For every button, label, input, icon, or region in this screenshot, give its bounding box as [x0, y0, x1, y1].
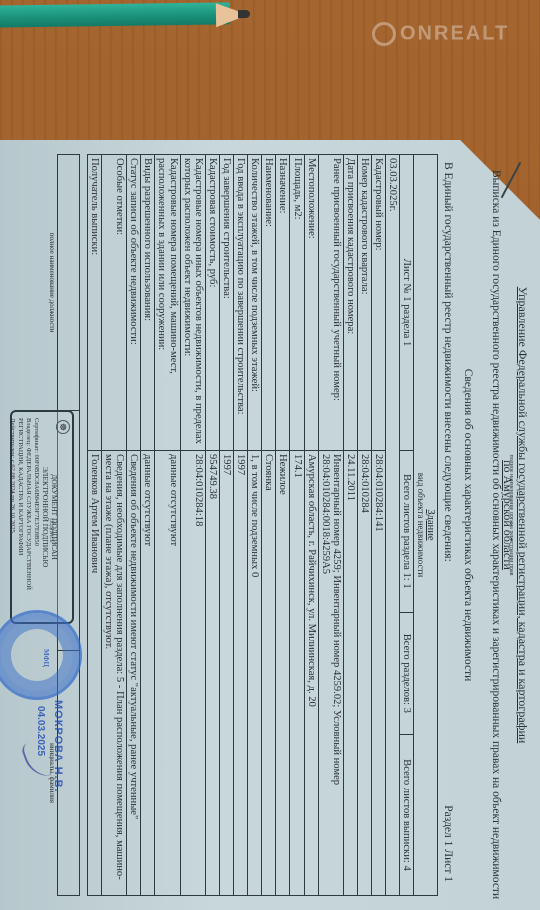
esig-certificate: Сертификат: 00F0BDC8A6B84E9F7E37E8B50: [32, 418, 40, 616]
row-label: Получатель выписки:: [87, 155, 101, 451]
table-row: Особые отметки:Сведения, необходимые для…: [101, 155, 126, 896]
row-value: 1997: [219, 451, 233, 896]
row-value: Амурская область, г. Райчихинск, ул. Мил…: [304, 451, 318, 896]
row-value: 954749.38: [205, 451, 219, 896]
row-value: Инвентарный номер 4259; Инвентарный номе…: [318, 451, 343, 896]
row-label: Год ввода в эксплуатацию по завершении с…: [234, 155, 248, 451]
table-row: Получатель выписки:Голенков Артем Иванов…: [87, 155, 101, 896]
row-label: Назначение:: [276, 155, 290, 451]
position-caption: полное наименование должности: [48, 155, 58, 411]
object-type-caption: вид объекта недвижимости: [415, 158, 424, 892]
row-label: Год завершения строительства:: [219, 155, 233, 451]
row-label: Наименование:: [262, 155, 276, 451]
table-row: Кадастровые номера помещений, машино-мес…: [155, 155, 180, 896]
document-title: Выписка из Единого государственного реес…: [490, 140, 502, 910]
sheets-in-section: Всего листов раздела 1: 1: [400, 451, 414, 613]
row-value: данные отсутствуют: [141, 451, 155, 896]
row-label: Кадастровые номера иных объектов недвижи…: [180, 155, 205, 451]
table-row: Виды разрешенного использования:данные о…: [141, 155, 155, 896]
sections-total: Всего разделов: 3: [400, 612, 414, 734]
row-value: Нежилое: [276, 451, 290, 896]
document-subtitle: Сведения об основных характеристиках объ…: [462, 140, 474, 910]
table-row: Год завершения строительства:1997: [219, 155, 233, 896]
row-value: данные отсутствуют: [155, 451, 180, 896]
row-value: Стоянка: [262, 451, 276, 896]
table-row: Местоположение:Амурская область, г. Райч…: [304, 155, 318, 896]
row-label: Количество этажей, в том числе подземных…: [248, 155, 262, 451]
esig-validity: Действителен: с 02.08.2024 по 26.10.2025: [8, 418, 16, 616]
row-label: Ранее присвоенный государственный учетны…: [318, 155, 343, 451]
cadastral-number-value: 28:04:010284:141: [372, 451, 386, 896]
electronic-signature-block: ☸ ДОКУМЕНТ ПОДПИСАН ЭЛЕКТРОННОЙ ПОДПИСЬЮ…: [10, 410, 74, 624]
watermark-logo-icon: [372, 22, 396, 46]
cadastral-number-label: Кадастровый номер:: [372, 155, 386, 451]
row-label: Местоположение:: [304, 155, 318, 451]
extract-date: 03.03.2025г.: [386, 155, 400, 896]
table-row: Площадь, м2:174.1: [290, 155, 304, 896]
table-row: Наименование:Стоянка: [262, 155, 276, 896]
esig-title: ДОКУМЕНТ ПОДПИСАН: [50, 418, 59, 616]
table-row: Назначение:Нежилое: [276, 155, 290, 896]
agency-name: Управление Федеральной службы государств…: [500, 280, 530, 750]
row-label: Кадастровые номера помещений, машино-мес…: [155, 155, 180, 451]
watermark: ONREALT: [372, 22, 509, 46]
row-label: Виды разрешенного использования:: [141, 155, 155, 451]
object-type-cell: Здание вид объекта недвижимости: [414, 155, 438, 896]
characteristics-table: Здание вид объекта недвижимости Лист № 1…: [87, 154, 438, 896]
intro-text: В Единый государственный реестр недвижим…: [442, 162, 454, 562]
stamp-name: МОКРОВА Н.В.: [52, 700, 64, 793]
pencil-lead: [238, 10, 250, 18]
table-row: Статус записи об объекте недвижимости:Св…: [127, 155, 141, 896]
row-value: 28:04:010284: [358, 451, 372, 896]
row-value: 24.11.2011: [343, 451, 357, 896]
sheet-reference: Раздел 1 Лист 1: [442, 805, 454, 882]
row-value: Сведения, необходимые для заполнения раз…: [101, 451, 126, 896]
pen-mark: [501, 162, 522, 198]
pencil: [0, 2, 230, 27]
table-row: Кадастровые номера иных объектов недвижи…: [180, 155, 205, 896]
table-row: Ранее присвоенный государственный учетны…: [318, 155, 343, 896]
table-row: Год ввода в эксплуатацию по завершении с…: [234, 155, 248, 896]
sheet-number: Лист № 1 раздела 1: [400, 155, 414, 451]
agency-caption: полное наименование органа регистрации п…: [508, 280, 514, 750]
table-row: Количество этажей, в том числе подземных…: [248, 155, 262, 896]
row-label: Особые отметки:: [101, 155, 126, 451]
row-label: Кадастровая стоимость, руб:: [205, 155, 219, 451]
row-label: Дата присвоения кадастрового номера:: [343, 155, 357, 451]
row-value: 1, в том числе подземных 0: [248, 451, 262, 896]
row-value: 28:04:010284:18: [180, 451, 205, 896]
row-label: Площадь, м2:: [290, 155, 304, 451]
emblem-icon: ☸: [56, 420, 70, 434]
row-value: Голенков Артем Иванович: [87, 451, 101, 896]
esig-subtitle: ЭЛЕКТРОННОЙ ПОДПИСЬЮ: [40, 418, 49, 616]
table-row: Номер кадастрового квартала:28:04:010284: [358, 155, 372, 896]
table-row: Дата присвоения кадастрового номера:24.1…: [343, 155, 357, 896]
esig-owner: Владелец: ФЕДЕРАЛЬНАЯ СЛУЖБА ГОСУДАРСТВЕ…: [16, 418, 32, 616]
document-sheet: Управление Федеральной службы государств…: [0, 140, 540, 910]
table-row: Кадастровая стоимость, руб:954749.38: [205, 155, 219, 896]
stamp-center-text: МФЦ: [41, 639, 49, 677]
row-value: Сведения об объекте недвижимости имеют с…: [127, 451, 141, 896]
row-label: Статус записи об объекте недвижимости:: [127, 155, 141, 451]
object-type: Здание: [425, 158, 436, 892]
row-label: Номер кадастрового квартала:: [358, 155, 372, 451]
position-cell: [58, 155, 80, 411]
sheets-total: Всего листов выписки: 4: [400, 734, 414, 895]
row-value: 1997: [234, 451, 248, 896]
row-value: 174.1: [290, 451, 304, 896]
